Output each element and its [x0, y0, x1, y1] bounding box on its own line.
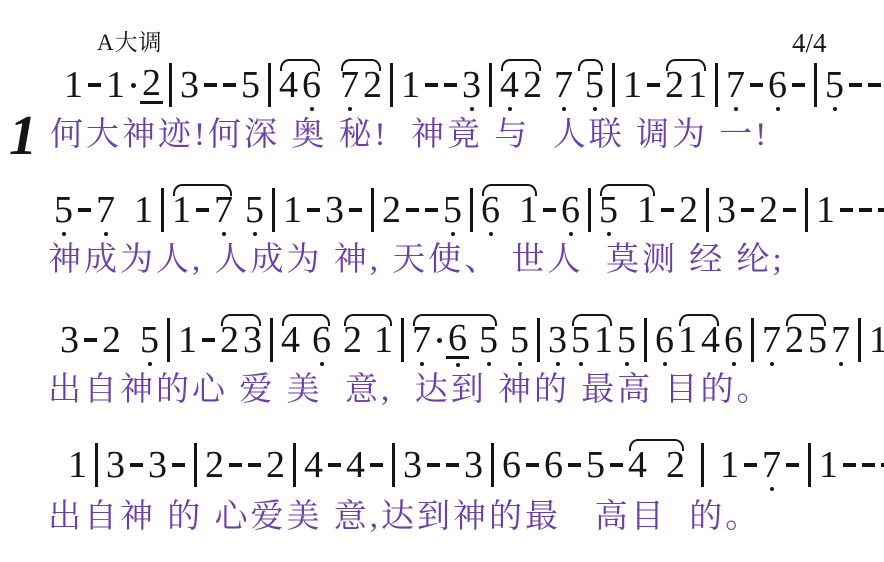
slur-group: 25 — [783, 321, 829, 359]
duration-dash — [196, 208, 209, 212]
note: 1 — [635, 191, 658, 229]
barline — [814, 63, 817, 107]
note: 7 — [410, 321, 433, 359]
barline — [808, 443, 811, 487]
note: 5 — [569, 321, 592, 359]
barline — [169, 63, 172, 107]
note: 1 — [372, 321, 395, 359]
note: 7 — [212, 191, 235, 229]
note: 5 — [597, 191, 620, 229]
duration-dash — [88, 83, 101, 87]
note: 5 — [615, 321, 638, 359]
lyrics-line-3: 出自神的心 爱 美 意, 达到 神的 最高 目的。 — [48, 371, 773, 411]
note: 5 — [52, 191, 75, 229]
barline — [715, 63, 718, 107]
note: 1 — [104, 66, 127, 104]
note: 7 — [552, 66, 575, 104]
duration-dash — [744, 463, 757, 467]
note: 1 — [176, 321, 199, 359]
note: 6 — [479, 191, 502, 229]
barline — [537, 318, 540, 362]
note: 4 — [344, 446, 367, 484]
note: 3 — [462, 446, 485, 484]
note: 2 — [218, 321, 241, 359]
barline — [644, 318, 647, 362]
duration-dash — [661, 208, 674, 212]
lyrics-line-4: 出自神 的 心爱美 意,达到神的最 高目 的。 — [48, 498, 761, 538]
barline — [470, 188, 473, 232]
note: 7 — [338, 66, 361, 104]
duration-dash — [223, 83, 236, 87]
barline — [371, 188, 374, 232]
barline — [167, 318, 170, 362]
note: 2 — [663, 66, 686, 104]
duration-dash — [229, 463, 242, 467]
barline — [272, 188, 275, 232]
note: 5 — [584, 446, 607, 484]
note: 4 — [699, 321, 722, 359]
note: 3 — [715, 191, 738, 229]
barline — [805, 188, 808, 232]
note: 5 — [138, 321, 161, 359]
note: 3 — [401, 446, 424, 484]
slur-group: 72 — [338, 66, 384, 104]
key-signature-label: A大调 — [97, 24, 163, 57]
slur-group: 5 — [575, 66, 606, 104]
duration-dash — [425, 83, 438, 87]
lyrics-line-2: 神成为人, 人成为 神, 天使、 世人 莫测 经 纶; — [48, 241, 785, 281]
note: 4 — [277, 66, 300, 104]
notation-line-3: 325123462176553515614672571 — [58, 315, 884, 365]
duration-dash — [84, 338, 97, 342]
note: 1 — [592, 321, 615, 359]
time-signature: 4/4 — [792, 28, 827, 59]
note: 6 — [722, 321, 745, 359]
notation-line-4: 13322443366542171 — [66, 440, 884, 490]
note: 2 — [783, 321, 806, 359]
duration-dash — [878, 208, 884, 212]
duration-dash — [349, 208, 362, 212]
duration-dash — [130, 463, 143, 467]
note: 5 — [823, 66, 846, 104]
note: 1 — [399, 66, 422, 104]
duration-dash — [446, 463, 459, 467]
note: 3 — [323, 191, 346, 229]
duration-dash — [786, 463, 799, 467]
notation-line-1: 112354672134275121765 — [62, 60, 884, 110]
slur-group: 17 — [170, 191, 235, 229]
barline — [161, 188, 164, 232]
note: 7 — [94, 191, 117, 229]
barline — [268, 63, 271, 107]
duration-dash — [172, 463, 185, 467]
duration-dash — [78, 208, 91, 212]
barline — [270, 318, 273, 362]
barline — [706, 188, 709, 232]
note: 5 — [239, 66, 262, 104]
note: 1 — [132, 191, 155, 229]
note: 6 — [300, 66, 323, 104]
note: 2 — [664, 446, 687, 484]
barline — [489, 63, 492, 107]
note: 1 — [517, 191, 540, 229]
notation-line-2: 5711751325616512321 — [52, 185, 884, 235]
note: 4 — [279, 321, 302, 359]
barline — [194, 443, 197, 487]
augmentation-dot — [437, 338, 442, 343]
duration-dash — [543, 208, 556, 212]
duration-dash — [868, 83, 881, 87]
duration-dash — [444, 83, 457, 87]
note: 6 — [500, 446, 523, 484]
note: 1 — [170, 191, 193, 229]
duration-dash — [248, 463, 261, 467]
note: 6 — [446, 321, 469, 359]
duration-dash — [427, 463, 440, 467]
duration-dash — [792, 83, 805, 87]
note: 1 — [621, 66, 644, 104]
note: 5 — [806, 321, 829, 359]
duration-dash — [526, 463, 539, 467]
barline — [392, 443, 395, 487]
note: 7 — [724, 66, 747, 104]
note: 2 — [264, 446, 287, 484]
note: 1 — [62, 66, 85, 104]
note: 2 — [757, 191, 780, 229]
duration-dash — [840, 208, 853, 212]
slur-group: 42 — [626, 446, 687, 484]
note: 1 — [817, 446, 840, 484]
barline — [293, 443, 296, 487]
note: 3 — [178, 66, 201, 104]
note: 3 — [546, 321, 569, 359]
duration-dash — [610, 463, 623, 467]
note: 5 — [243, 191, 266, 229]
note: 3 — [241, 321, 264, 359]
note: 5 — [477, 321, 500, 359]
slur-group: 21 — [341, 321, 395, 359]
slur-group: 21 — [663, 66, 709, 104]
note: 1 — [676, 321, 699, 359]
note: 2 — [100, 321, 123, 359]
duration-dash — [750, 83, 763, 87]
duration-dash — [328, 463, 341, 467]
duration-dash — [307, 208, 320, 212]
note: 2 — [677, 191, 700, 229]
barline — [588, 188, 591, 232]
barline — [390, 63, 393, 107]
note: 3 — [460, 66, 483, 104]
slur-group: 46 — [277, 66, 323, 104]
duration-dash — [741, 208, 754, 212]
barline — [701, 443, 704, 487]
note: 5 — [441, 191, 464, 229]
note: 4 — [302, 446, 325, 484]
barline — [612, 63, 615, 107]
note: 1 — [718, 446, 741, 484]
note: 5 — [508, 321, 531, 359]
note: 2 — [521, 66, 544, 104]
note: 1 — [867, 321, 884, 359]
duration-dash — [843, 463, 856, 467]
duration-dash — [568, 463, 581, 467]
note: 2 — [361, 66, 384, 104]
note: 1 — [814, 191, 837, 229]
duration-dash — [204, 83, 217, 87]
duration-dash — [859, 208, 872, 212]
slur-group: 51 — [597, 191, 658, 229]
barline — [751, 318, 754, 362]
note: 2 — [203, 446, 226, 484]
note: 6 — [766, 66, 789, 104]
hymn-sheet-page: A大调 4/4 1 112354672134275121765 何大神迹!何深 … — [0, 0, 884, 562]
note: 6 — [310, 321, 333, 359]
augmentation-dot — [131, 83, 136, 88]
note: 7 — [760, 321, 783, 359]
slur-group: 14 — [676, 321, 722, 359]
note: 6 — [542, 446, 565, 484]
note: 6 — [653, 321, 676, 359]
verse-number: 1 — [9, 108, 37, 164]
note: 2 — [380, 191, 403, 229]
note: 1 — [281, 191, 304, 229]
note: 3 — [104, 446, 127, 484]
slur-group: 765 — [410, 321, 500, 359]
duration-dash — [862, 463, 875, 467]
barline — [491, 443, 494, 487]
note: 2 — [341, 321, 364, 359]
lyrics-line-1: 何大神迹!何深 奥 秘! 神竟 与 人联 调为 一! — [50, 116, 769, 156]
duration-dash — [783, 208, 796, 212]
note: 6 — [559, 191, 582, 229]
duration-dash — [406, 208, 419, 212]
note: 3 — [146, 446, 169, 484]
barline — [858, 318, 861, 362]
barline — [95, 443, 98, 487]
barline — [401, 318, 404, 362]
slur-group: 46 — [279, 321, 333, 359]
slur-group: 42 — [498, 66, 544, 104]
note: 5 — [583, 66, 606, 104]
note: 7 — [760, 446, 783, 484]
note: 7 — [829, 321, 852, 359]
note: 1 — [686, 66, 709, 104]
note: 3 — [58, 321, 81, 359]
slur-group: 51 — [569, 321, 615, 359]
note: 1 — [66, 446, 89, 484]
duration-dash — [849, 83, 862, 87]
duration-dash — [370, 463, 383, 467]
slur-group: 61 — [479, 191, 540, 229]
note: 4 — [626, 446, 649, 484]
duration-dash — [647, 83, 660, 87]
duration-dash — [202, 338, 215, 342]
duration-dash — [425, 208, 438, 212]
note: 2 — [140, 66, 163, 104]
note: 4 — [498, 66, 521, 104]
slur-group: 23 — [218, 321, 264, 359]
